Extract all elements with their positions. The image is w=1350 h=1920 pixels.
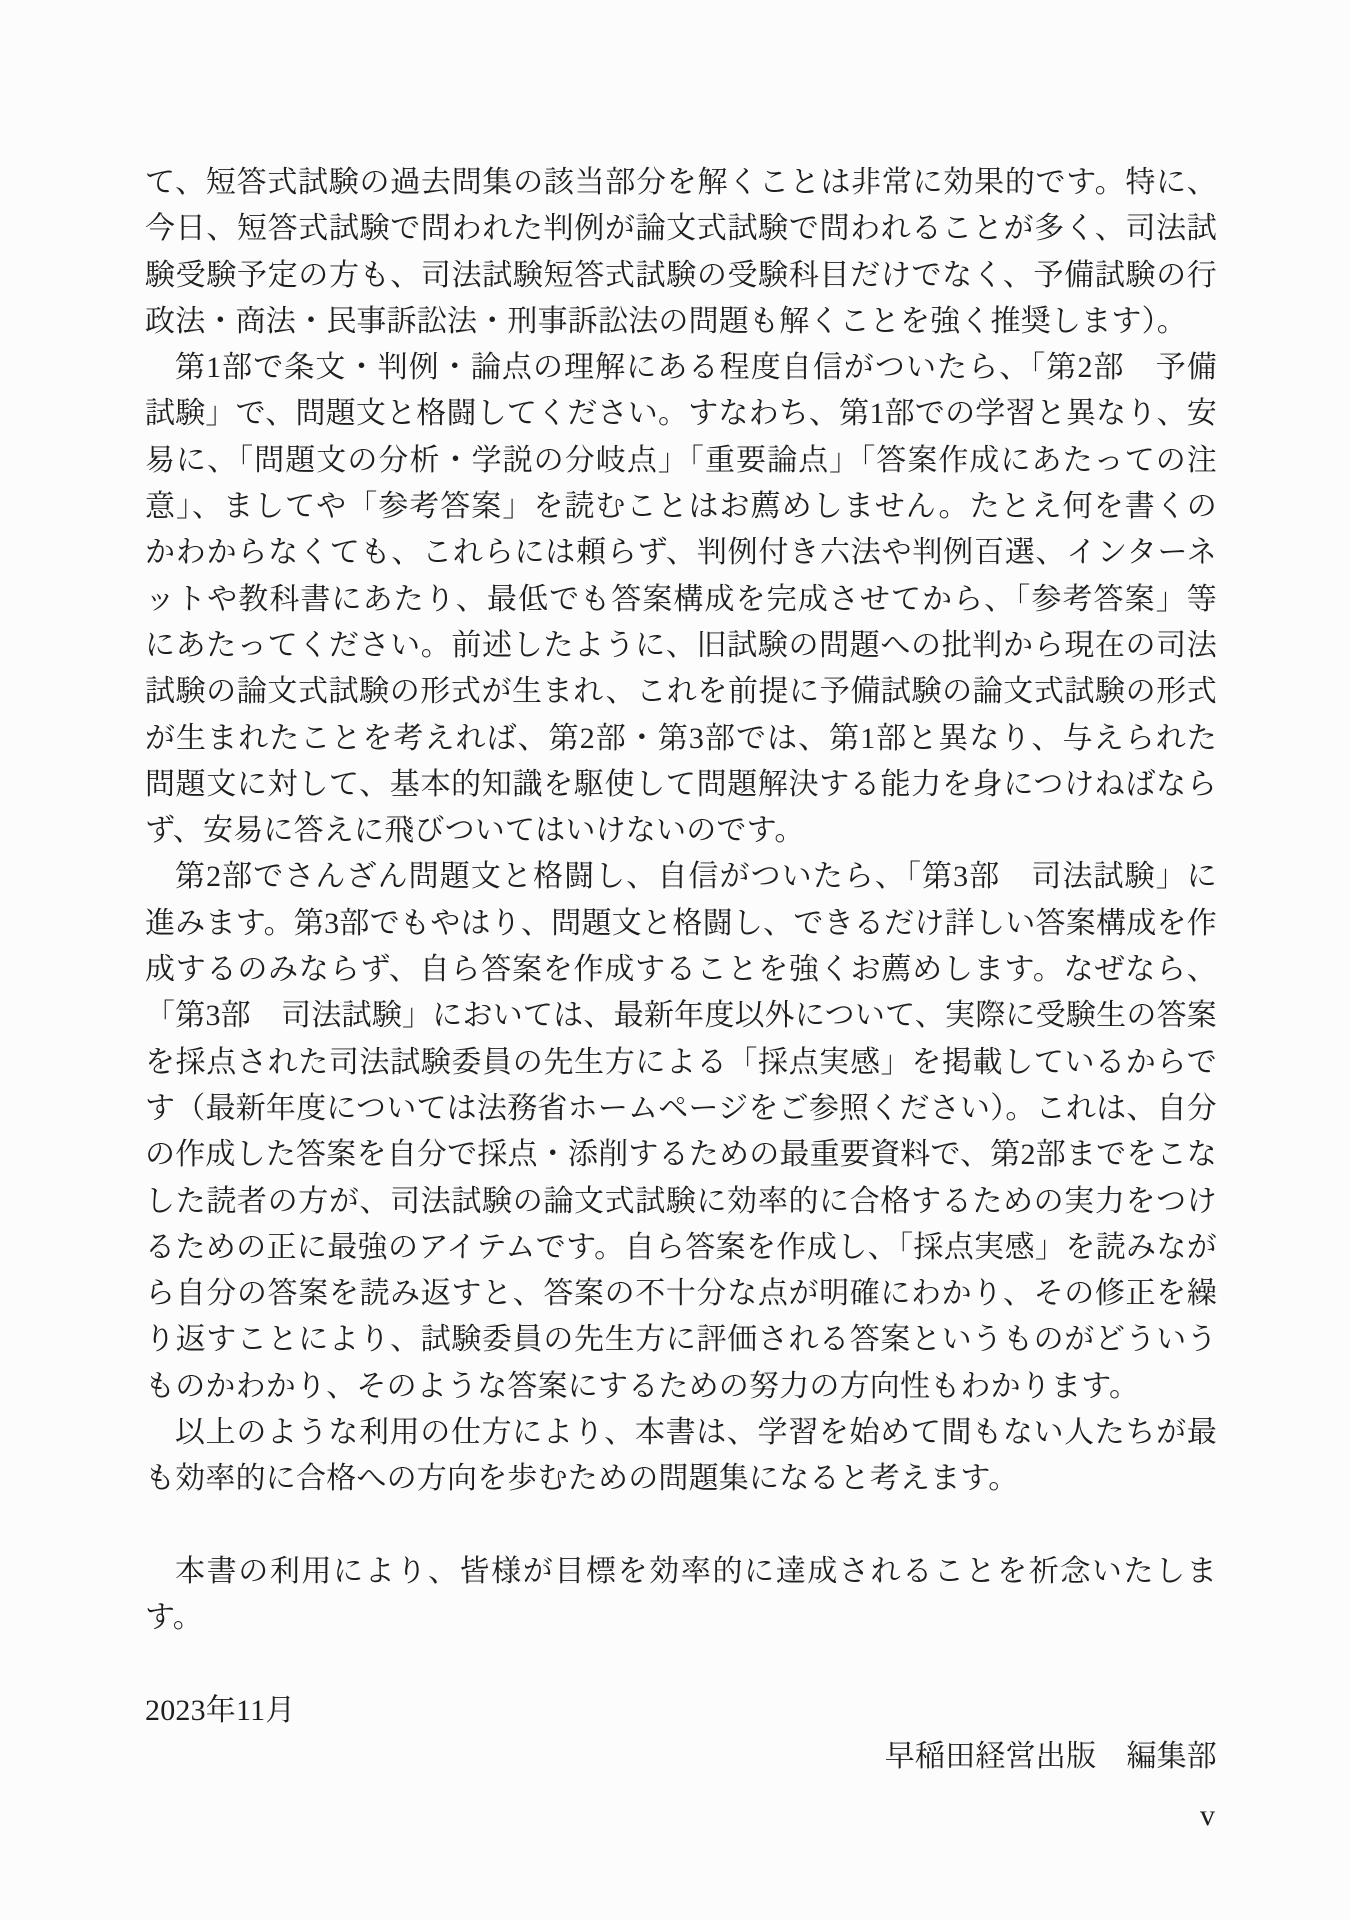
preface-text: て、短答式試験の過去問集の該当部分を解くことは非常に効果的です。特に、今日、短答… <box>145 160 1217 1780</box>
date-line: 2023年11月 <box>145 1688 1217 1734</box>
paragraph-part1-guide: 第1部で条文・判例・論点の理解にある程度自信がついたら、「第2部 予備試験」で、… <box>145 345 1217 854</box>
book-page: て、短答式試験の過去問集の該当部分を解くことは非常に効果的です。特に、今日、短答… <box>0 0 1350 1920</box>
paragraph-continuation: て、短答式試験の過去問集の該当部分を解くことは非常に効果的です。特に、今日、短答… <box>145 160 1217 345</box>
paragraph-summary: 以上のような利用の仕方により、本書は、学習を始めて間もない人たちが最も効率的に合… <box>145 1410 1217 1503</box>
closing-paragraph: 本書の利用により、皆様が目標を効率的に達成されることを祈念いたします。 <box>145 1549 1217 1642</box>
page-number: v <box>1200 1796 1215 1836</box>
publisher-signature: 早稲田経営出版 編集部 <box>145 1734 1217 1780</box>
paragraph-part2-part3-guide: 第2部でさんざん問題文と格闘し、自信がついたら、「第3部 司法試験」に進みます。… <box>145 854 1217 1410</box>
